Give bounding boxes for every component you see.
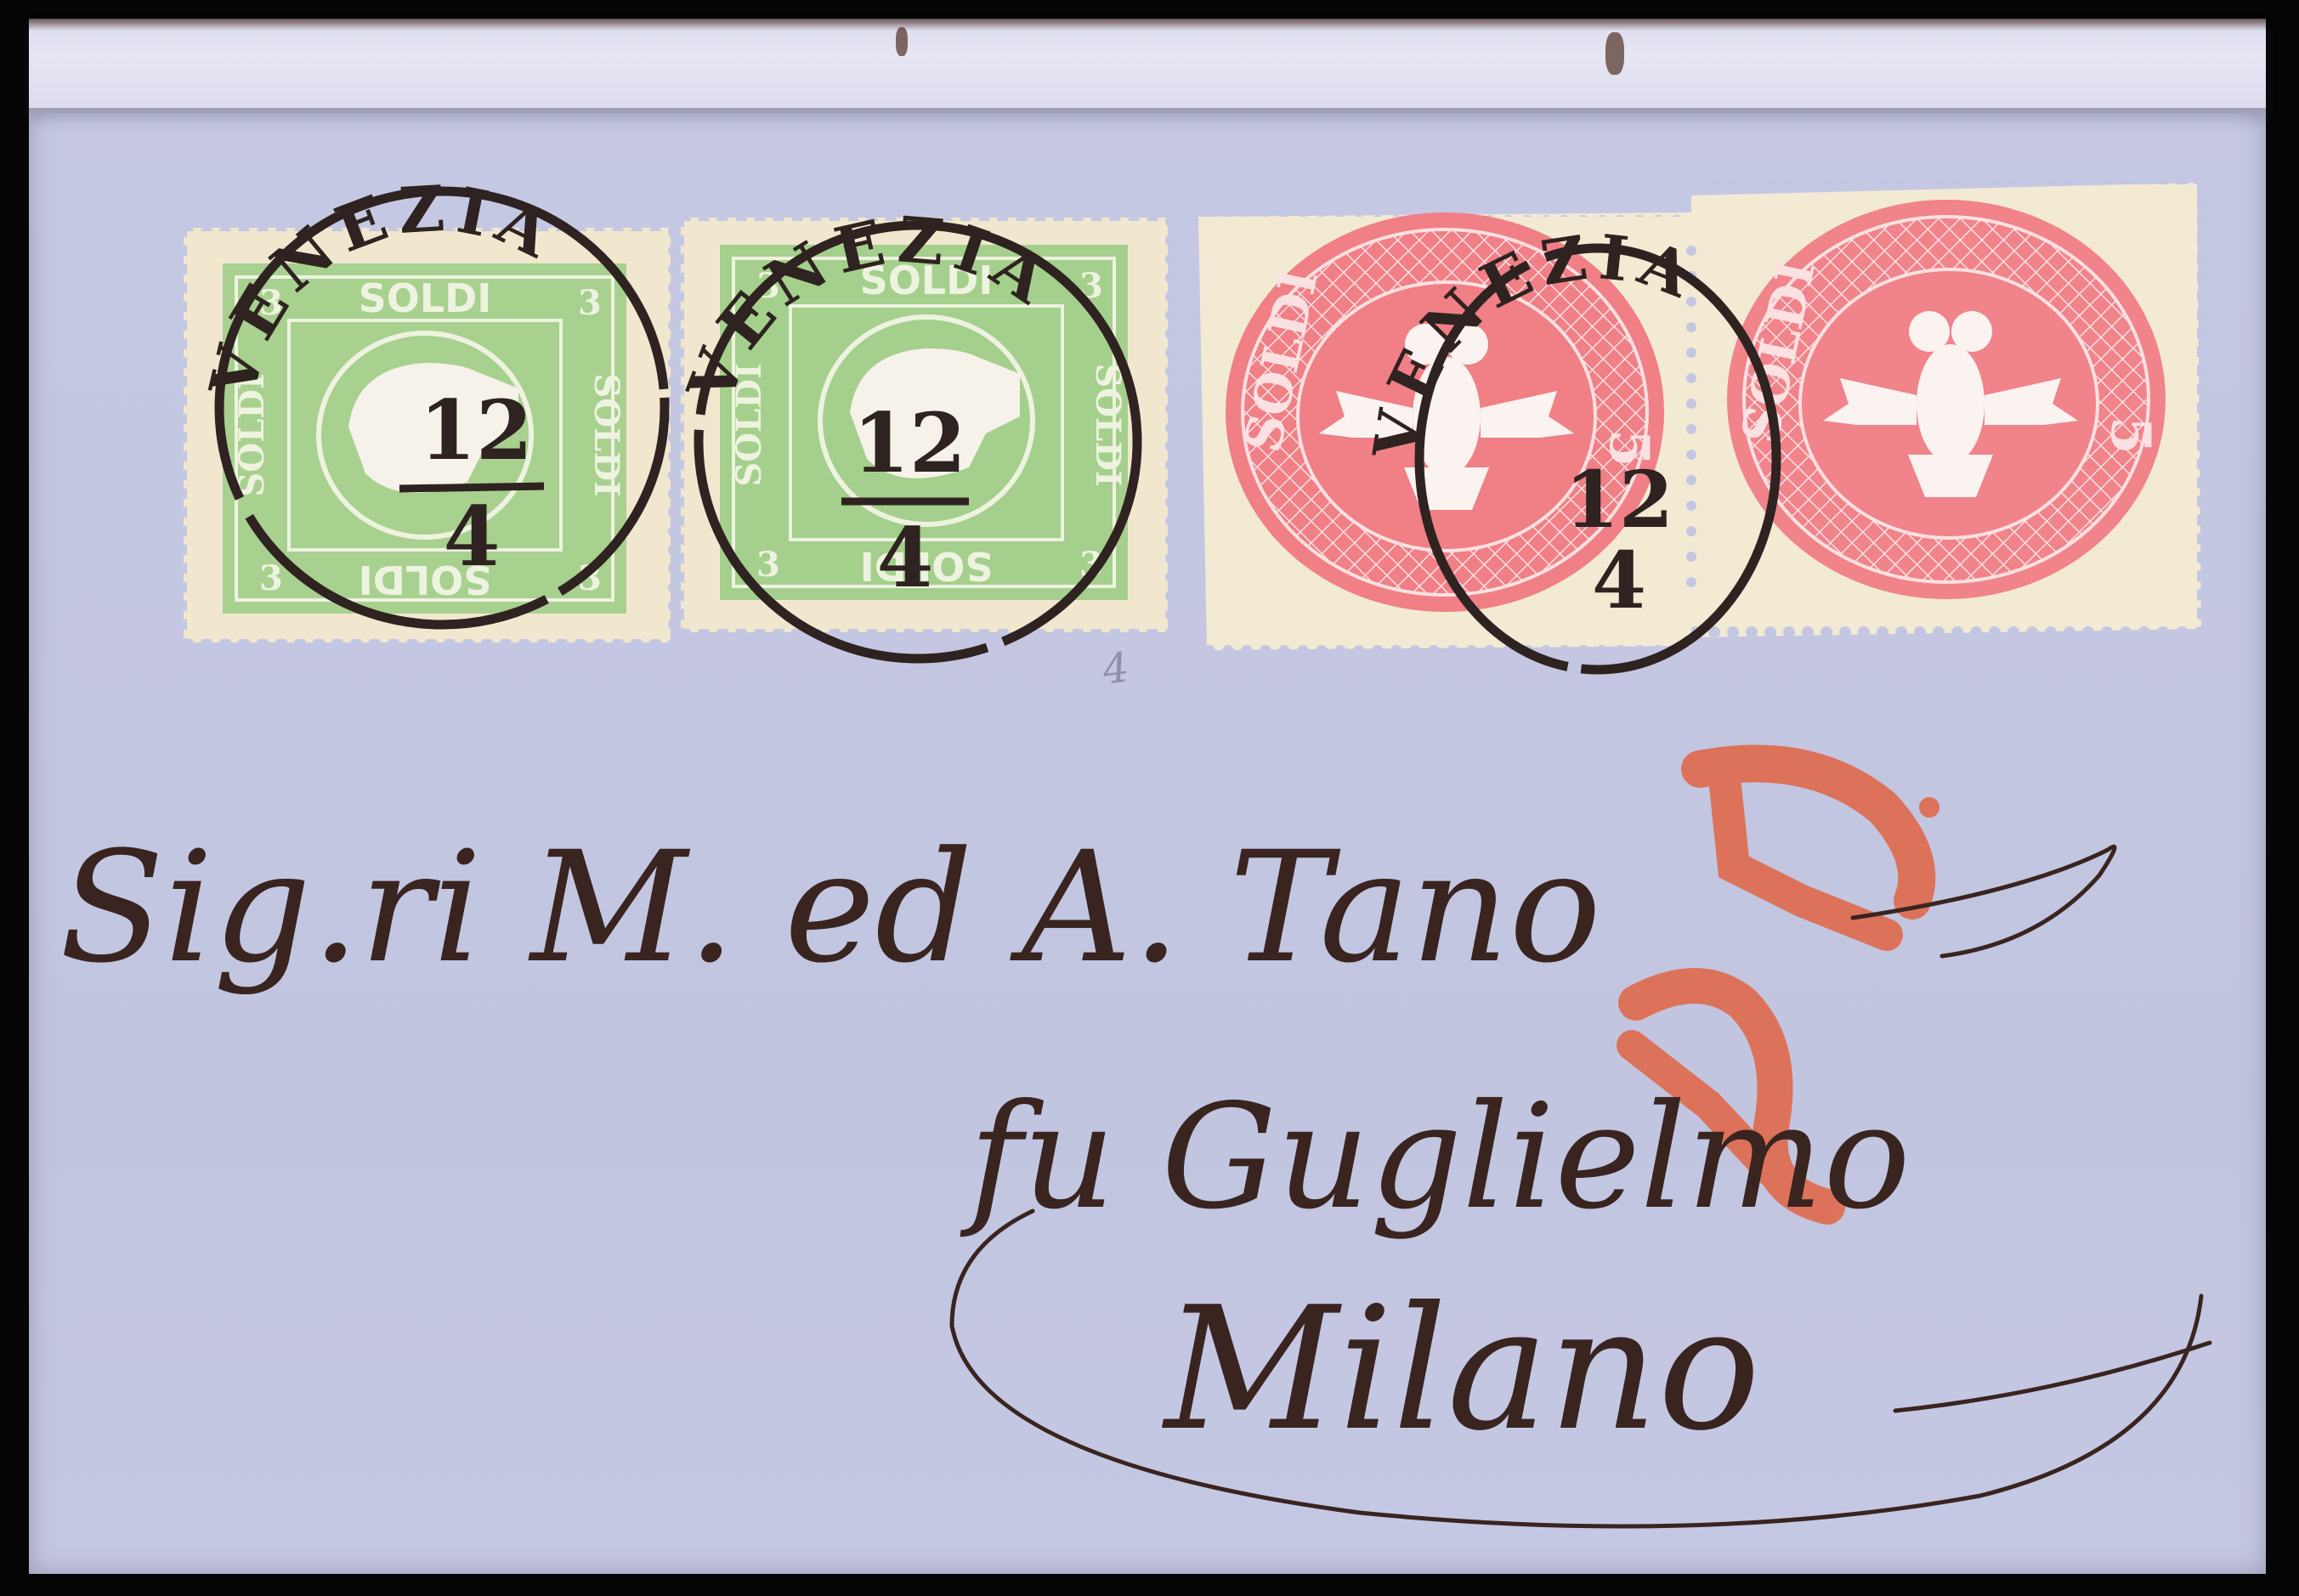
flap-shadow	[29, 19, 2266, 31]
stamp-3-soldi-2: SOLDI SOLDI SOLDI SOLDI 3 3 3 3	[676, 212, 1173, 637]
svg-text:5: 5	[2098, 416, 2162, 455]
stamp-5-soldi-pair: SOLDI 5 SOLDI 5	[1181, 174, 2210, 650]
svg-text:5: 5	[1597, 429, 1661, 467]
svg-text:SOLDI: SOLDI	[359, 275, 492, 321]
svg-text:3: 3	[756, 266, 780, 306]
svg-text:SOLDI: SOLDI	[232, 373, 272, 496]
svg-text:3: 3	[259, 283, 283, 323]
envelope-flap	[29, 19, 2266, 113]
svg-text:SOLDI: SOLDI	[860, 543, 994, 589]
svg-text:SOLDI: SOLDI	[729, 363, 769, 486]
svg-text:3: 3	[756, 545, 780, 585]
svg-text:3: 3	[578, 283, 602, 323]
svg-text:SOLDI: SOLDI	[860, 258, 994, 303]
svg-text:3: 3	[259, 558, 283, 598]
stamp-3-soldi-graphic: SOLDI SOLDI 3 3 3 3 SOLDI SOLDI	[178, 223, 676, 648]
svg-text:SOLDI: SOLDI	[586, 373, 626, 496]
svg-text:SOLDI: SOLDI	[1088, 363, 1128, 486]
stamp-3-soldi-1: SOLDI SOLDI 3 3 3 3 SOLDI SOLDI	[178, 223, 676, 648]
ink-spot	[1605, 32, 1624, 75]
ink-spot	[896, 27, 908, 56]
stamp-3-soldi-graphic: SOLDI SOLDI SOLDI SOLDI 3 3 3 3	[676, 212, 1173, 637]
svg-text:SOLDI: SOLDI	[359, 557, 492, 603]
svg-text:3: 3	[1079, 545, 1103, 585]
stamp-5-soldi-pair-graphic: SOLDI 5 SOLDI 5	[1181, 174, 2210, 650]
svg-text:3: 3	[1079, 266, 1103, 306]
svg-text:3: 3	[578, 558, 602, 598]
